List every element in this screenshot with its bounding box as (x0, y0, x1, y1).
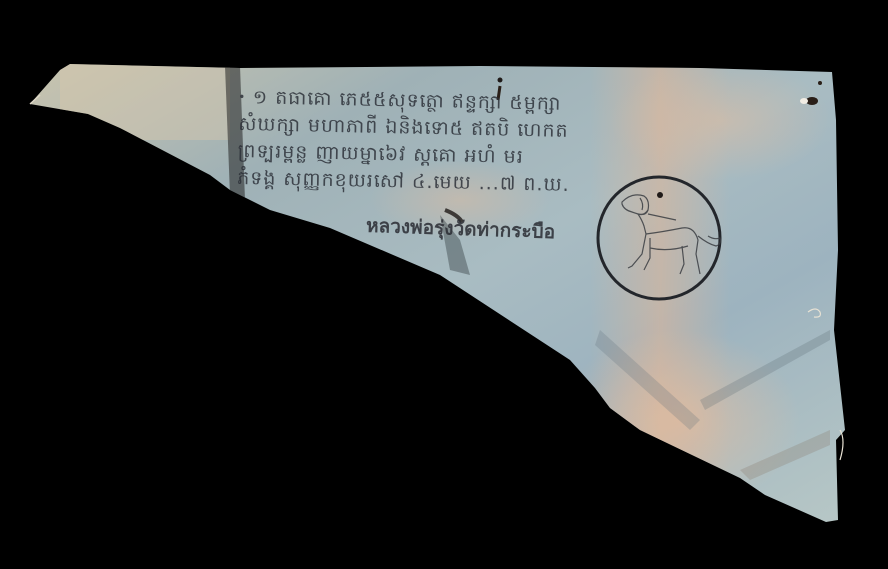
cloth-fragment (0, 0, 888, 569)
khom-inscription: ꞏ ១ តធាគោ ភេ៥៥សុទត្ថោ ឥន្ទក្សា ៥ម្ពក្សា … (237, 84, 619, 200)
photo-scene: ꞏ ១ តធាគោ ភេ៥៥សុទត្ថោ ឥន្ទក្សា ៥ម្ពក្សា … (0, 0, 888, 569)
dog-stamp-icon (592, 174, 730, 302)
